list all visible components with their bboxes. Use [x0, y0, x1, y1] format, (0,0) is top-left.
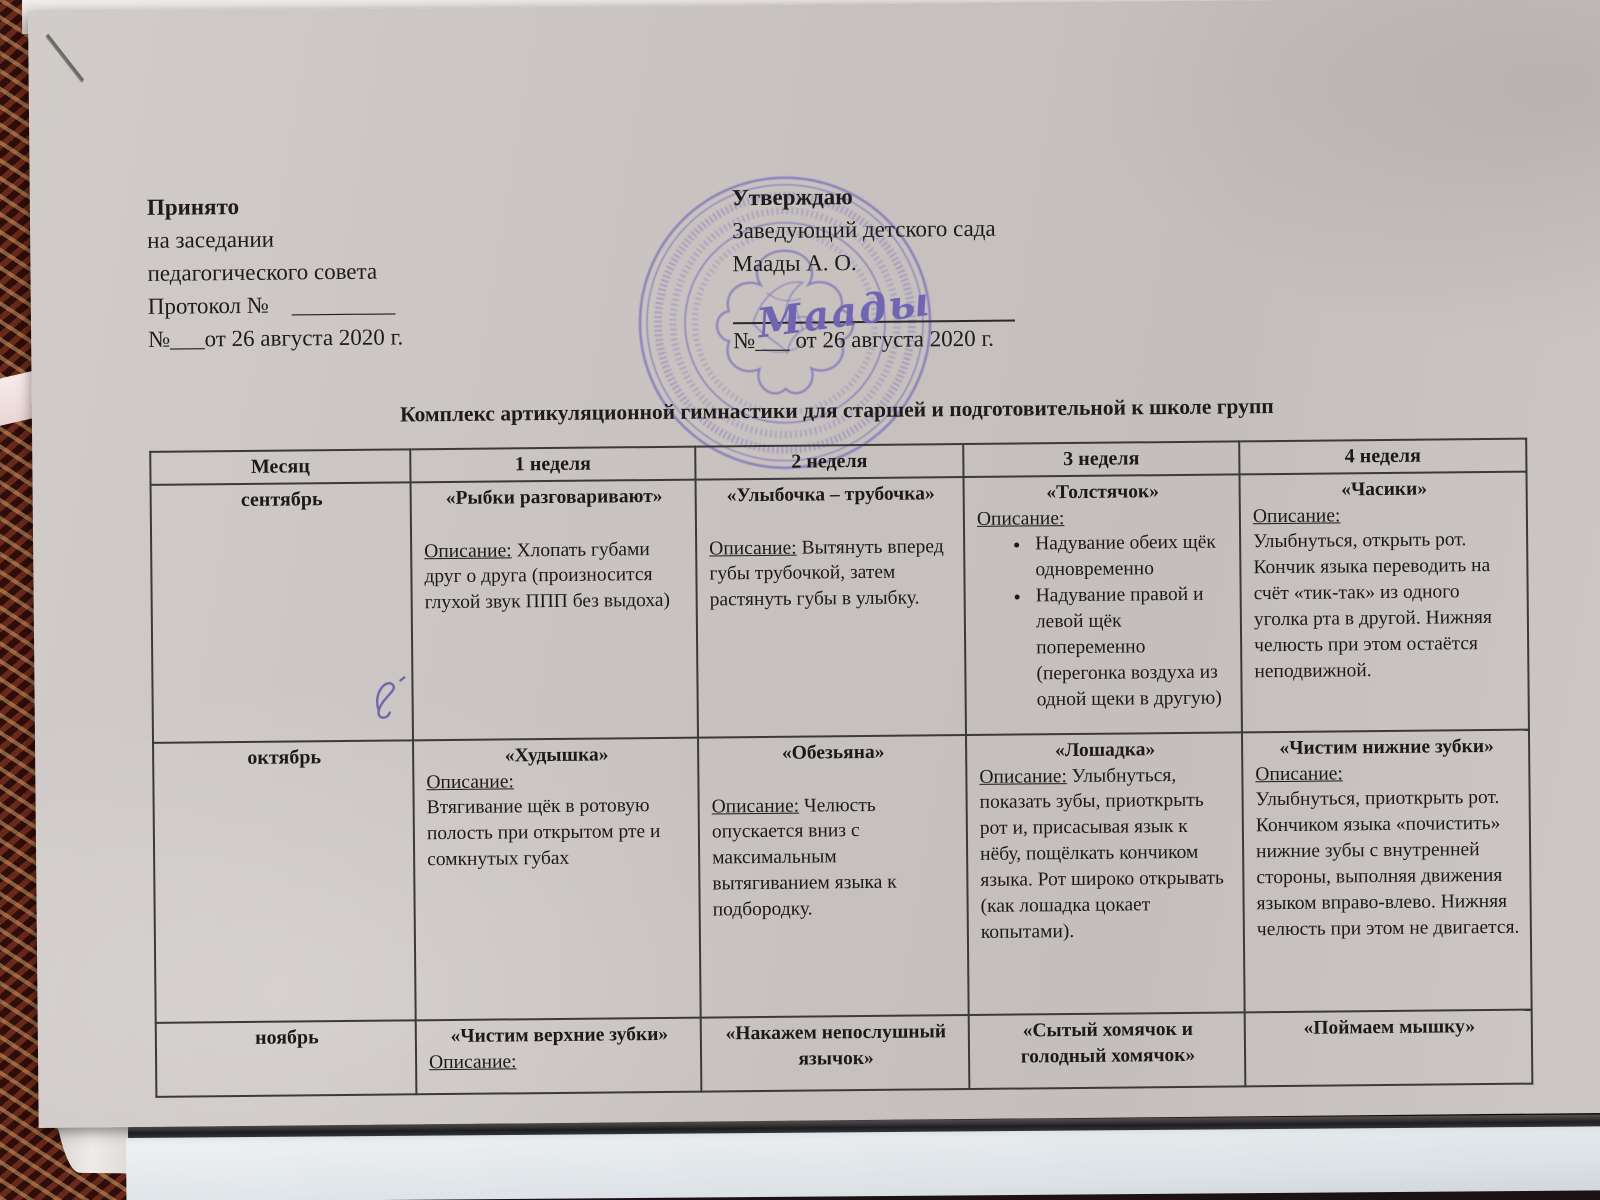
exercise-bullet-list: Надувание обеих щёк одновременно Надуван… — [977, 530, 1231, 714]
exercise-title: «Лошадка» — [979, 736, 1231, 764]
exercise-title: «Обезьяна» — [711, 739, 955, 767]
accepted-date-line: №___от 26 августа 2020 г. — [148, 320, 403, 355]
signature-line: Маады — [733, 280, 1015, 325]
exercise-description-label: Описание: — [429, 1047, 690, 1075]
exercise-cell: «Обезьяна» Описание: Челюсть опускается … — [698, 735, 969, 1018]
exercise-description: Улыбнуться, открыть рот. Кончик языка пе… — [1253, 527, 1517, 685]
exercise-title: «Худышка» — [426, 741, 687, 769]
exercise-description-label: Описание: — [426, 767, 687, 795]
document-page: Принято на заседании педагогического сов… — [28, 0, 1600, 1128]
exercise-description: Улыбнуться, приоткрыть рот. Кончиком язы… — [1256, 785, 1520, 943]
exercise-description-label: Описание: — [977, 504, 1229, 532]
exercise-cell: «Чистим верхние зубки» Описание: — [416, 1017, 702, 1094]
exercise-description: Описание: Улыбнуться, показать зубы, при… — [979, 762, 1233, 946]
exercise-title: «Часики» — [1253, 475, 1516, 503]
exercise-cell: «Чистим нижние зубки» Описание: Улыбнуть… — [1242, 729, 1532, 1012]
month-cell: октябрь — [153, 740, 416, 1022]
column-header-week4: 4 неделя — [1239, 439, 1526, 474]
exercise-description: Втягивание щёк в ротовую полость при отк… — [427, 793, 689, 873]
exercise-cell: «Сытый хомячок и голодный хомячок» — [969, 1012, 1246, 1089]
column-header-week1: 1 неделя — [410, 447, 695, 482]
approval-left-block: Принято на заседании педагогического сов… — [147, 188, 404, 355]
exercise-description: Описание: Вытянуть вперед губы трубочкой… — [709, 534, 954, 614]
exercise-cell: «Худышка» Описание: Втягивание щёк в рот… — [413, 737, 701, 1020]
month-cell: ноябрь — [156, 1020, 417, 1096]
exercise-description: Описание: Хлопать губами друг о друга (п… — [424, 536, 686, 616]
accepted-line: на заседании — [147, 221, 402, 256]
exercise-title: «Чистим нижние зубки» — [1255, 733, 1518, 761]
accepted-label: Принято — [147, 188, 402, 223]
column-header-week2: 2 неделя — [695, 444, 963, 479]
table-row-november: ноябрь «Чистим верхние зубки» Описание: … — [156, 1009, 1533, 1096]
exercise-cell: «Накажем непослушный язычок» — [701, 1015, 970, 1092]
exercise-title: «Накажем непослушный язычок» — [714, 1019, 958, 1073]
bullet-item: Надувание обеих щёк одновременно — [1031, 530, 1229, 584]
exercise-cell: «Лошадка» Описание: Улыбнуться, показать… — [966, 732, 1245, 1015]
protocol-number-line: Протокол № _________ — [148, 287, 403, 322]
exercise-title: «Поймаем мышку» — [1258, 1013, 1521, 1041]
head-title-line: Заведующий детского сада — [732, 212, 1014, 248]
exercise-title: «Чистим верхние зубки» — [429, 1021, 690, 1049]
gymnastics-table: Месяц 1 неделя 2 неделя 3 неделя 4 недел… — [149, 438, 1533, 1098]
exercise-cell: «Улыбочка – трубочка» Описание: Вытянуть… — [696, 477, 966, 738]
exercise-description-label: Описание: — [1253, 501, 1516, 529]
exercise-title: «Улыбочка – трубочка» — [709, 481, 953, 509]
bullet-item: Надувание правой и левой щёк попеременно… — [1032, 582, 1231, 714]
head-name-line: Маады А. О. — [732, 245, 1014, 281]
accepted-line: педагогического совета — [147, 254, 402, 289]
exercise-title: «Толстячок» — [977, 478, 1229, 506]
column-header-month: Месяц — [150, 449, 410, 484]
pen-scribble — [366, 670, 411, 726]
exercise-cell: «Толстячок» Описание: Надувание обеих щё… — [964, 474, 1242, 735]
exercise-description-label: Описание: — [1255, 759, 1518, 787]
exercise-cell: «Поймаем мышку» — [1245, 1009, 1533, 1086]
desk-surface — [126, 1126, 1600, 1200]
approval-right-block: Утверждаю Заведующий детского сада Маады… — [732, 179, 1016, 358]
approved-label: Утверждаю — [732, 179, 1014, 215]
table-row-september: сентябрь «Рыбки разговаривают» Описание:… — [151, 471, 1529, 742]
column-header-week3: 3 неделя — [963, 441, 1239, 476]
exercise-description: Описание: Челюсть опускается вниз с макс… — [712, 792, 957, 924]
table-row-october: октябрь «Худышка» Описание: Втягивание щ… — [153, 729, 1532, 1022]
exercise-cell: «Часики» Описание: Улыбнуться, открыть р… — [1239, 471, 1528, 732]
exercise-title: «Сытый хомячок и голодный хомячок» — [982, 1016, 1234, 1070]
exercise-title: «Рыбки разговаривают» — [424, 483, 685, 511]
exercise-cell: «Рыбки разговаривают» Описание: Хлопать … — [411, 479, 698, 740]
